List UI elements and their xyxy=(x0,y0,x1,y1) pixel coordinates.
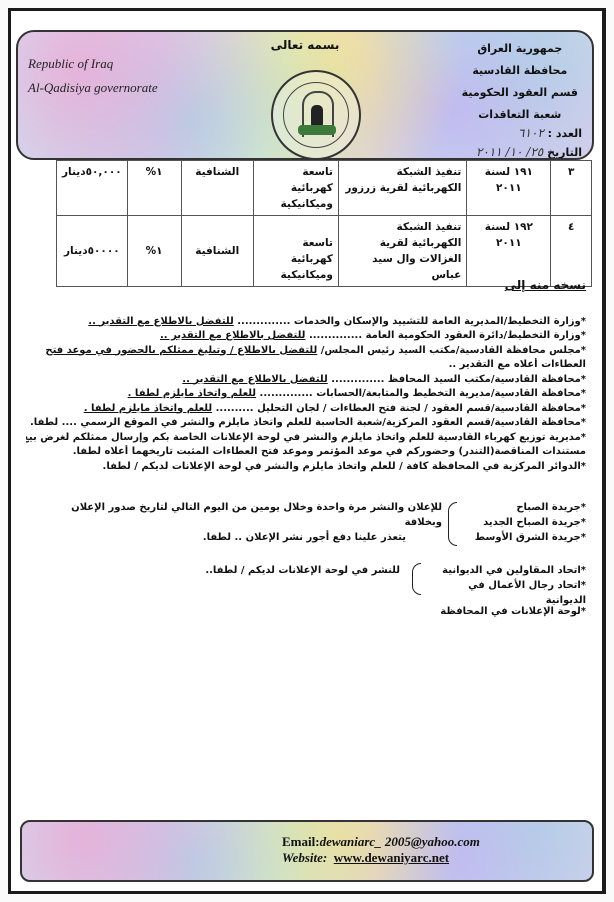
tender-number: ١٩١ لسنة ٢٠١١ xyxy=(467,161,551,216)
list-item: *محافظة القادسية/قسم العقود المركزية/شعب… xyxy=(26,416,586,431)
website-line: Website: www.dewaniyarc.net xyxy=(282,850,480,866)
unions-list: *اتحاد المقاولين في الديوانية *اتحاد رجا… xyxy=(426,563,586,608)
row-number: ٤ xyxy=(551,216,592,287)
list-item: *جريدة الصباح الجديد xyxy=(456,515,586,530)
list-item: *جريدة الصباح xyxy=(456,500,586,515)
document-price: ٥٠٠٠٠دينار xyxy=(57,216,128,287)
reference-number: العدد : ٦١٠٢ xyxy=(476,124,582,143)
list-item: *وزارة التخطيط/دائرة العقود الحكومية الع… xyxy=(26,329,586,344)
location: الشنافية xyxy=(181,216,253,287)
tenders-table: ٣ ١٩١ لسنة ٢٠١١ تنفيذ الشبكة الكهربائية … xyxy=(56,160,592,287)
contact-info: Email:dewaniarc_ 2005@yahoo.com Website:… xyxy=(282,834,480,866)
contractor-class: تاسعة كهربائية وميكانيكية xyxy=(253,216,338,287)
country-en: Republic of Iraq xyxy=(28,52,158,76)
website-link[interactable]: www.dewaniyarc.net xyxy=(334,850,449,865)
unions-note: للنشر في لوحة الإعلانات لديكم / لطفا.. xyxy=(180,563,400,578)
reference-number-value: ٦١٠٢ xyxy=(518,126,544,140)
list-item: *محافظة القادسية/قسم العقود / لجنة فتح ا… xyxy=(26,402,586,417)
contractor-class: تاسعة كهربائية وميكانيكية xyxy=(253,161,338,216)
email-line: Email:dewaniarc_ 2005@yahoo.com xyxy=(282,834,480,850)
table-row: ٣ ١٩١ لسنة ٢٠١١ تنفيذ الشبكة الكهربائية … xyxy=(57,161,592,216)
tender-number: ١٩٢ لسنة ٢٠١١ xyxy=(467,216,551,287)
copies-title: نسخه منه إلى xyxy=(26,278,586,293)
table-row: ٤ ١٩٢ لسنة ٢٠١١ تنفيذ الشبكة الكهربائية … xyxy=(57,216,592,287)
list-item: *محافظة القادسية/مديرية التخطيط والمتابع… xyxy=(26,387,586,402)
email-address[interactable]: dewaniarc_ 2005@yahoo.com xyxy=(320,834,480,849)
copies-list: نسخه منه إلى *وزارة التخطيط/المديرية الع… xyxy=(26,278,586,474)
list-item: *وزارة التخطيط/المديرية العامة للتشييد و… xyxy=(26,315,586,330)
brace xyxy=(412,563,421,595)
country-ar: جمهورية العراق xyxy=(462,38,578,60)
reference-date: التاريخ ٢٥/ ١٠/ ٢٠١١ xyxy=(476,143,582,160)
newspapers-list: *جريدة الصباح *جريدة الصباح الجديد *جريد… xyxy=(456,500,586,545)
list-item: *جريدة الشرق الأوسط xyxy=(456,530,586,545)
project-title: تنفيذ الشبكة الكهربائية لقرية الغزالات و… xyxy=(338,216,466,287)
letterhead: بسمه تعالى Republic of Iraq Al-Qadisiya … xyxy=(16,30,594,160)
brace xyxy=(448,502,457,546)
list-item: *مجلس محافظة القادسية/مكتب السيد رئيس ال… xyxy=(26,344,586,359)
coffee-pot-icon xyxy=(311,105,323,127)
letterhead-english: Republic of Iraq Al-Qadisiya governorate xyxy=(28,52,158,100)
list-item: *مديرية توزيع كهرباء القادسية للعلم واتخ… xyxy=(26,431,586,446)
governorate-en: Al-Qadisiya governorate xyxy=(28,76,158,100)
row-number: ٣ xyxy=(551,161,592,216)
reference-date-value: ٢٥/ ١٠/ ٢٠١١ xyxy=(476,145,543,159)
list-item-continuation: مستندات المناقصة(التندر) وحضوركم في موعد… xyxy=(26,445,586,460)
list-item-continuation: العطاءات أعلاه مع التقدير .. xyxy=(26,358,586,373)
board-item: *لوحة الإعلانات في المحافظة xyxy=(386,604,586,619)
list-item: *اتحاد المقاولين في الديوانية xyxy=(426,563,586,578)
list-item: *محافظة القادسية/مكتب السيد المحافظ ....… xyxy=(26,373,586,388)
location: الشنافية xyxy=(181,161,253,216)
governorate-seal-icon xyxy=(271,70,361,160)
section-ar: شعبة التعاقدات xyxy=(462,104,578,126)
project-title: تنفيذ الشبكة الكهربائية لقرية زرزور xyxy=(338,161,466,216)
list-item: *الدوائر المركزية في المحافظة كافة / للع… xyxy=(26,460,586,475)
department-ar: قسم العقود الحكومية xyxy=(462,82,578,104)
percentage: ١% xyxy=(127,216,181,287)
footer-band: Email:dewaniarc_ 2005@yahoo.com Website:… xyxy=(20,820,594,882)
governorate-ar: محافظة القادسية xyxy=(462,60,578,82)
percentage: ١% xyxy=(127,161,181,216)
reference-block: العدد : ٦١٠٢ التاريخ ٢٥/ ١٠/ ٢٠١١ xyxy=(476,124,582,160)
document-price: ٥٠,٠٠٠دينار xyxy=(57,161,128,216)
letterhead-arabic: جمهورية العراق محافظة القادسية قسم العقو… xyxy=(462,38,578,126)
newspapers-note: للإعلان والنشر مرة واحدة وخلال يومين من … xyxy=(42,500,442,545)
